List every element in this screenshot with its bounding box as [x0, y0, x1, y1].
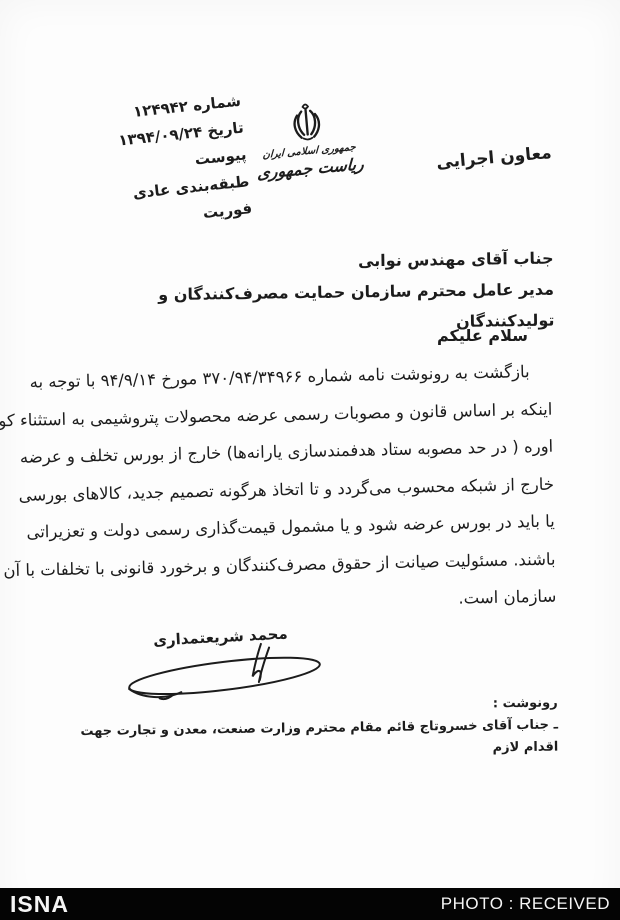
cc-block: رونوشت : ـ جناب آقای خسروتاج قائم مقام م…: [58, 693, 559, 766]
sender-title: معاون اجرایی: [423, 142, 564, 174]
agency-logo: ISNA: [10, 891, 69, 918]
photo-credit-bar: ISNA PHOTO : RECEIVED: [0, 888, 620, 920]
letter-body: بازگشت به رونوشت نامه شماره ۳۷۰/۹۴/۳۴۹۶۶…: [39, 353, 556, 626]
salutation: سلام علیکم: [437, 326, 528, 345]
photo-credit-text: PHOTO : RECEIVED: [441, 894, 610, 914]
letter-page: شماره ۱۲۴۹۴۲ تاریخ ۱۳۹۴/۰۹/۲۴ پیوست طبقه…: [0, 0, 620, 920]
letter-meta-block: شماره ۱۲۴۹۴۲ تاریخ ۱۳۹۴/۰۹/۲۴ پیوست طبقه…: [36, 88, 254, 244]
cc-item: ـ جناب آقای خسروتاج قائم مقام محترم وزار…: [58, 715, 559, 766]
letterhead: جمهوری اسلامی ایران ریاست جمهوری: [241, 93, 375, 184]
iran-coat-of-arms-icon: [287, 97, 327, 146]
